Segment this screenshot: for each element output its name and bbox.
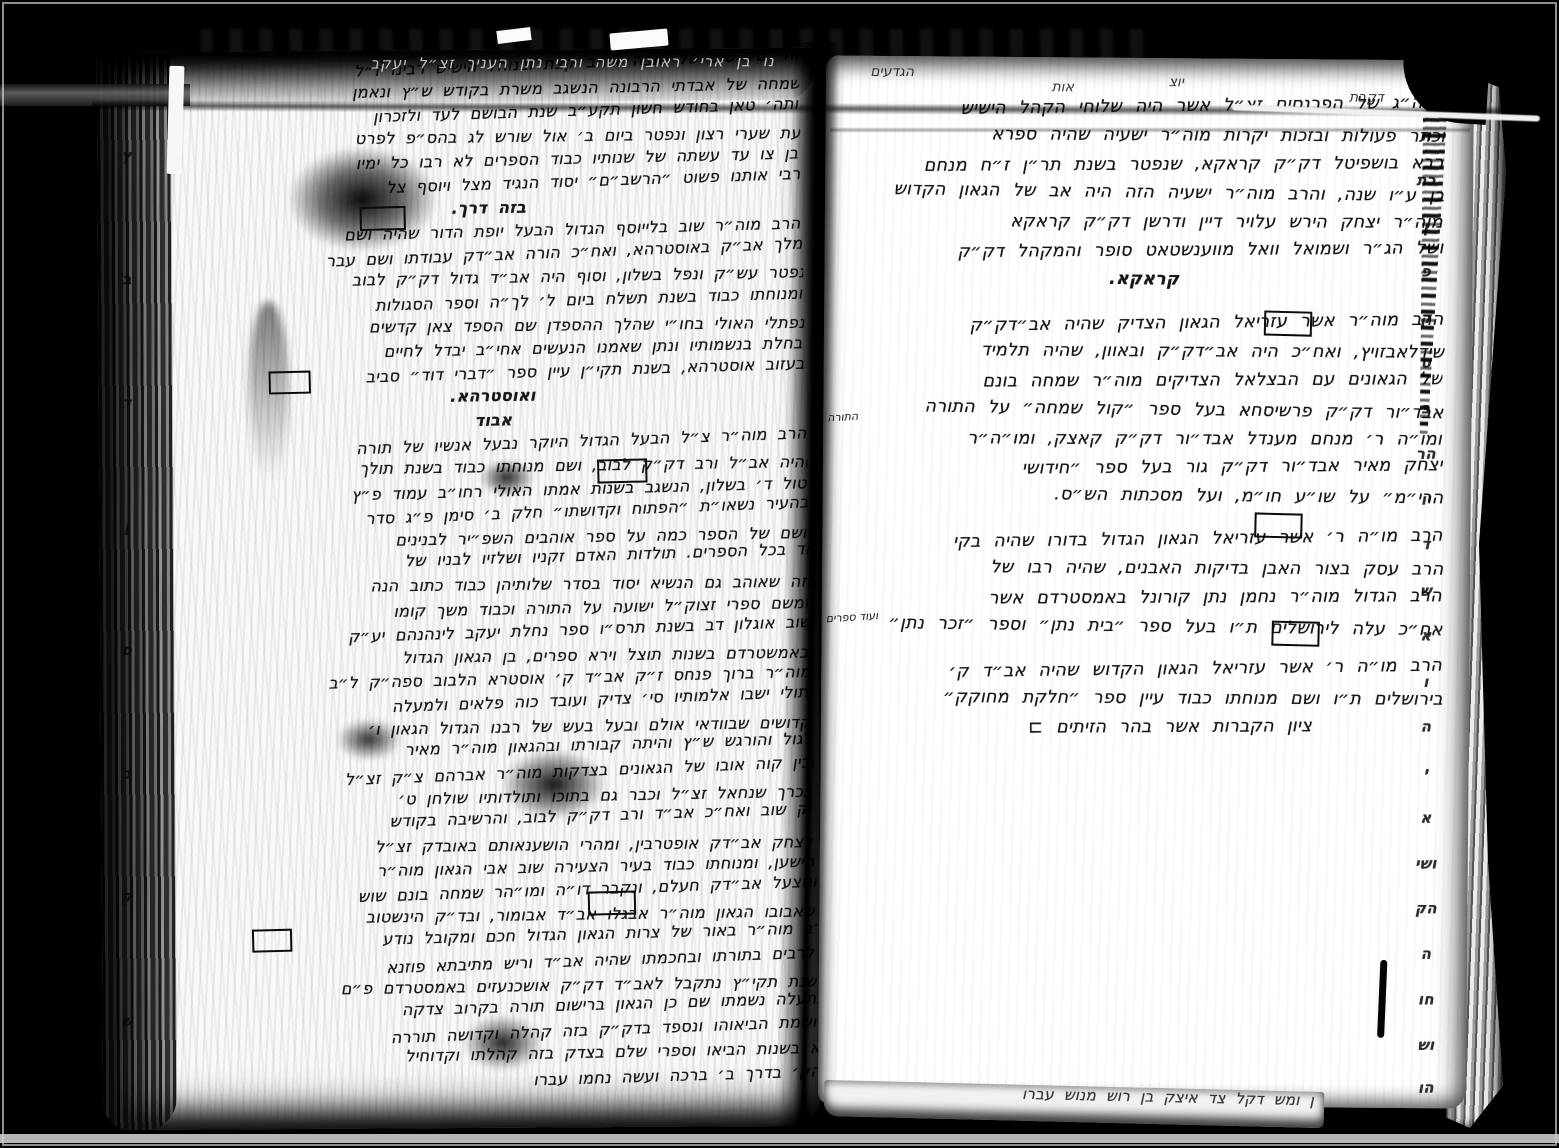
right-edge-glyphs: ווכתןפקסבהריודשאוהיאושיהקהחוושהו: [1408, 130, 1444, 1100]
stray-glyph: יו: [1408, 492, 1444, 508]
horizontal-crease: [830, 127, 1470, 133]
stray-glyph: ה: [1408, 947, 1444, 962]
stray-glyph: ד: [112, 396, 142, 411]
header-note: דקבת: [1349, 90, 1384, 106]
handwritten-line: מוה״ר יצחק הירש עלויר דיין ודרשן דק״ק קר…: [844, 207, 1443, 237]
right-page-text: הרה״ג של הפרנסים זצ״ל אשר היה שלוחי הקהל…: [842, 93, 1445, 760]
stray-glyph: וש: [1408, 1038, 1444, 1053]
handwritten-line: הרי״מ״ על שו״ע חו״מ, ועל מסכתות הש״ס.: [843, 479, 1444, 514]
handwritten-line: אבד״ור דק״ק פרשיסחא בעל ספר ״קול שמחה״ ע…: [843, 391, 1444, 428]
handwritten-line: אח״כ עלה לירושלים ת״ו בעל ספר ״בית נתן״ …: [842, 608, 1443, 645]
stray-glyph: ן: [1408, 219, 1444, 234]
handwritten-line: שידלאבזויץ, ואח״כ היה אב״דק״ק ובאוון, שה…: [843, 336, 1444, 368]
stray-glyph: א: [1408, 811, 1444, 826]
stray-glyph: י: [1408, 765, 1444, 780]
photo-frame-bottom: [0, 1134, 1559, 1143]
boxed-word-mark: [588, 891, 637, 916]
manuscript-photo: וה׳ טל שוב של טובה אוהב קצת ובנוחל הישיש…: [0, 0, 1559, 1148]
ink-tick-mark: [1377, 960, 1387, 1038]
stray-glyph: הק: [1408, 901, 1444, 916]
stray-glyph: ושי: [1408, 856, 1444, 871]
handwritten-line: קראקא.: [844, 262, 1445, 297]
stray-glyph: ב: [112, 272, 142, 287]
stray-glyph: ץ: [112, 148, 142, 164]
stray-glyph: ן: [112, 519, 142, 534]
stray-glyph: הר: [1408, 447, 1444, 462]
right-page: הגדעים אות יוצ דקבת הרה״ג של הפרנסים זצ״…: [818, 55, 1474, 1108]
entry-block-2: הרב מוה״ר אשר עזריאל הגאון הצדיק שהיה אב…: [843, 309, 1444, 513]
tape-strip: [167, 66, 185, 174]
boxed-word-mark: [597, 458, 648, 483]
left-page: וה׳ טל שוב של טובה אוהב קצת ובנוחל הישיש…: [97, 48, 822, 1130]
boxed-word-mark: [1264, 311, 1313, 337]
handwritten-line: בירושלים ת״ו ושם מנוחתו כבוד עיין ספר ״ח…: [842, 683, 1443, 715]
left-edge-glyphs: ץבדןסבקש: [112, 150, 142, 1030]
stray-glyph: ס: [1408, 356, 1444, 371]
boxed-word-mark: [359, 206, 406, 231]
stray-glyph: ו: [1408, 675, 1444, 690]
stray-glyph: הו: [1408, 1080, 1444, 1095]
stray-glyph: ד: [1408, 537, 1444, 552]
handwritten-line: בן ע״ו שנה, והרב מוה״ר ישעיה הזה היה אב …: [844, 175, 1445, 212]
stray-glyph: ס: [112, 643, 142, 658]
entry-block-4: הרב מו״ה ר׳ אשר עזריאל הגאון הקדוש שהיה …: [842, 656, 1442, 745]
entry-block-3: הרב מו״ה ר׳ אשר עזריאל הגאון הגדול בדורו…: [842, 526, 1442, 644]
header-note: יוצ: [1169, 74, 1184, 90]
boxed-word-mark: [252, 929, 293, 953]
stray-glyph: ש: [1408, 583, 1444, 598]
handwritten-line: ומו״ה ר׳ מנחם מענדל אבד״ור דק״ק קאצק, ומ…: [843, 424, 1442, 454]
handwritten-line: וכתר פעולות ובזכות יקרות מוה״ר ישעיה שהי…: [844, 119, 1445, 151]
stray-glyph: ק: [1408, 311, 1444, 326]
handwritten-line: הרב עסק בצור האבן בדיקות האבנים, שהיה רב…: [843, 553, 1444, 585]
left-page-text: וה׳ טל שוב של טובה אוהב קצת ובנוחל הישיש…: [173, 49, 822, 1114]
cut-top-line: נו בן ארי׳ ראובן משה ורבי נתן העניך זצ״ל…: [370, 52, 774, 72]
handwritten-line: ציון הקברות אשר בהר הזיתים ⊐: [842, 712, 1312, 743]
stray-glyph: חו: [1408, 992, 1444, 1008]
entry-block-1: הרה״ג של הפרנסים זצ״ל אשר היה שלוחי הקהל…: [844, 93, 1445, 297]
header-note: הגדעים: [870, 64, 914, 80]
stray-glyph: ב: [112, 766, 142, 781]
boxed-word-mark: [1254, 512, 1303, 538]
header-note: אות: [1051, 79, 1073, 95]
boxed-word-mark: [1271, 621, 1320, 647]
boxed-word-mark: [268, 371, 311, 395]
stray-glyph: ב: [1408, 401, 1444, 416]
stray-glyph: א: [1408, 628, 1444, 643]
stray-glyph: ש: [112, 1014, 142, 1029]
stray-glyph: פ: [1408, 265, 1444, 280]
stray-glyph: כת: [1408, 174, 1444, 189]
stray-glyph: ק: [112, 890, 142, 905]
stray-glyph: ה: [1408, 720, 1444, 735]
